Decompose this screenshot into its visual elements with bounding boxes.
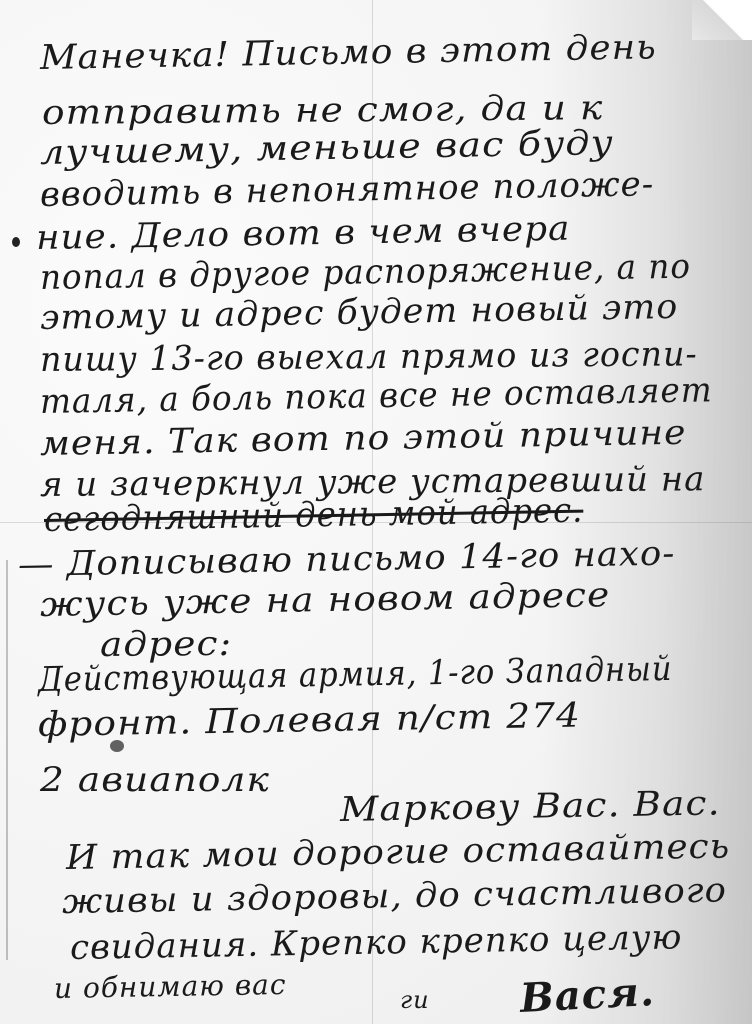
paper-edge-mark (6, 560, 8, 960)
letter-line-1: Манечка! Письмо в этот день (40, 27, 657, 78)
letter-line-14: жусь уже на новом адресе (40, 575, 611, 625)
letter-line-4: вводить в непонятное положе- (40, 164, 655, 215)
ink-speck (12, 237, 20, 247)
folded-corner (692, 0, 752, 40)
signature: Вася. (519, 968, 656, 1022)
letter-line-closing-4: и обнимаю вас (54, 968, 287, 1005)
address-line-regiment: 2 авиаполк (40, 760, 270, 800)
letter-line-closing-1: И так мои дорогие оставайтесь (66, 826, 731, 878)
signature-prefix: ги (400, 986, 430, 1014)
letter-line-12-struck: сегодняшний день мой адрес. (44, 491, 584, 540)
letter-line-10: меня. Так вот по этой причине (40, 413, 687, 464)
address-line-recipient: Маркову Вас. Вас. (340, 783, 721, 830)
letter-line-closing-2: живы и здоровы, до счастливого (62, 870, 728, 922)
address-line-field-post: фронт. Полевая п/ст 274 (38, 696, 582, 745)
letter-line-closing-3: свидания. Крепко крепко целую (70, 917, 683, 968)
letter-page: Манечка! Письмо в этот день отправить не… (0, 0, 752, 1024)
